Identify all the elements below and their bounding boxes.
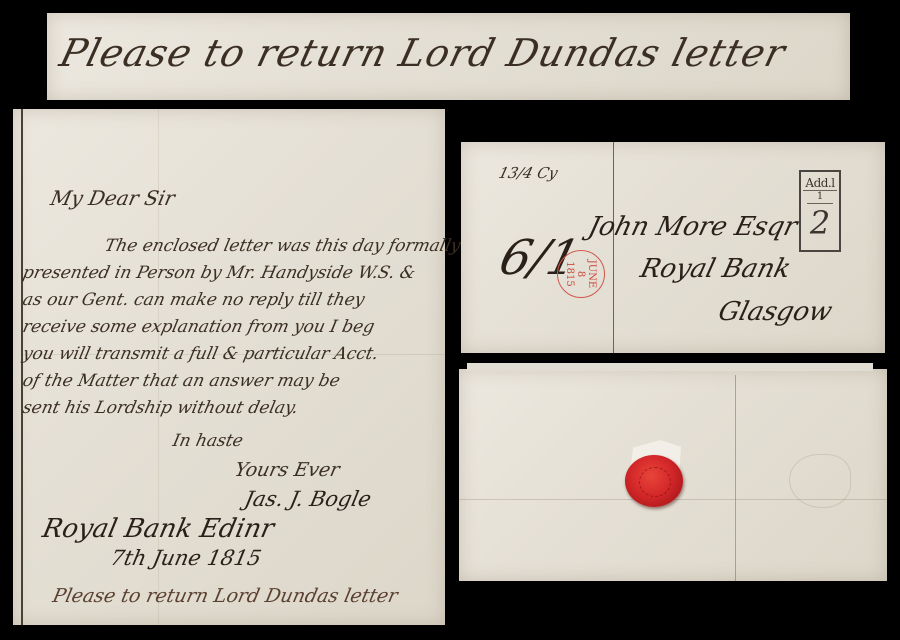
letter-place: Royal Bank Edinr xyxy=(40,514,277,544)
letter-signature: Jas. J. Bogle xyxy=(242,487,373,511)
fold-line xyxy=(735,375,736,581)
address-line-3: Glasgow xyxy=(715,297,835,327)
stamp-rate: 2 xyxy=(801,204,839,242)
letter-salutation: My Dear Sir xyxy=(48,186,177,210)
folded-edge xyxy=(467,363,873,371)
postmark-day: 8 xyxy=(576,251,587,297)
letter-line: presented in Person by Mr. Handyside W.S… xyxy=(21,263,417,283)
postmark-year: 1815 xyxy=(565,251,576,297)
letter-line: you will transmit a full & particular Ac… xyxy=(21,344,380,364)
seal-cover xyxy=(459,369,887,581)
additional-postage-stamp: Add.l 1 2 xyxy=(799,170,841,252)
stamp-add-label: Add.l xyxy=(803,172,837,191)
letter-line: receive some explanation from you I beg xyxy=(21,317,376,337)
letter-line: as our Gent. can make no reply till they xyxy=(21,290,367,310)
postmark-month: JUNE xyxy=(587,251,598,297)
letter-line: sent his Lordship without delay. xyxy=(21,398,300,418)
docket-strip-text: Please to return Lord Dundas letter xyxy=(56,31,791,75)
address-cover: 13/4 Cy 6/1 JUNE 8 1815 John More Esqr R… xyxy=(461,142,885,353)
fold-line xyxy=(613,142,614,353)
stamp-mid: 1 xyxy=(807,191,833,204)
seal-offset-mark xyxy=(789,454,851,508)
address-line-2: Royal Bank xyxy=(637,254,794,284)
address-addressee: John More Esqr xyxy=(585,212,800,242)
wax-seal-icon xyxy=(625,455,683,507)
letter-docket: Please to return Lord Dundas letter xyxy=(51,585,400,607)
docket-strip: Please to return Lord Dundas letter xyxy=(47,13,850,100)
letter-page: My Dear Sir The enclosed letter was this… xyxy=(13,109,445,625)
postmark-red: JUNE 8 1815 xyxy=(557,250,605,298)
letter-closing: In haste xyxy=(171,431,245,451)
letter-line: of the Matter that an answer may be xyxy=(21,371,342,391)
docket-note: 13/4 Cy xyxy=(497,164,560,182)
letter-line: The enclosed letter was this day formall… xyxy=(103,236,463,256)
margin-rule xyxy=(21,109,23,625)
letter-valediction: Yours Ever xyxy=(233,459,342,481)
letter-date: 7th June 1815 xyxy=(108,546,263,570)
